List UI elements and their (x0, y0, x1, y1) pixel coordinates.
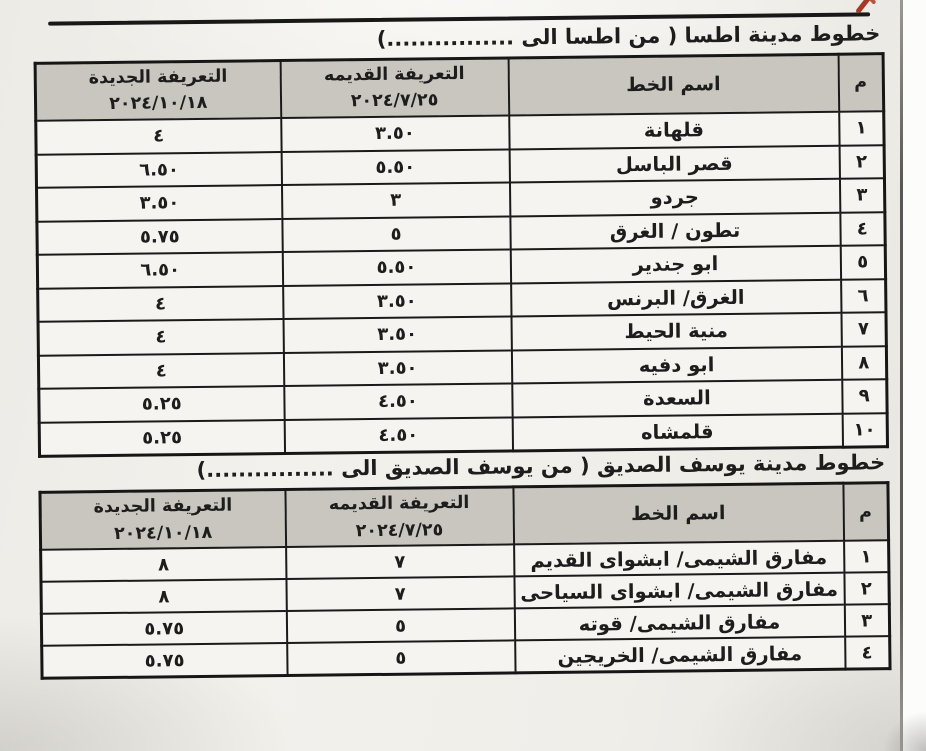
new-tariff-value: ٣.٥٠ (37, 185, 282, 221)
new-tariff-value: ٦.٥٠ (36, 152, 281, 188)
old-tariff-label: التعريفة القديمه (286, 490, 512, 519)
old-tariff-value: ٤.٥٠ (284, 417, 512, 453)
new-tariff-value: ٤ (38, 353, 283, 389)
col-header-num: م (838, 53, 884, 112)
corner-shadow (856, 686, 926, 751)
line-name: الغرق/ البرنس (511, 279, 841, 316)
scanned-document: خطوط مدينة اطسا ( من اطسا الى ..........… (0, 0, 926, 751)
col-header-old-tariff: التعريفة القديمه ٢٠٢٤/٧/٢٥ (280, 58, 509, 119)
row-number: ٨ (841, 346, 886, 380)
new-tariff-value: ٥.٢٥ (39, 386, 284, 422)
header-row: م اسم الخط التعريفة القديمه ٢٠٢٤/٧/٢٥ ال… (40, 483, 889, 551)
new-tariff-date: ٢٠٢٤/١٠/١٨ (37, 89, 280, 118)
new-tariff-value: ٥.٢٥ (39, 420, 284, 456)
row-number: ١٠ (842, 413, 887, 447)
old-tariff-date: ٢٠٢٤/٧/٢٥ (281, 87, 507, 116)
paper-background: خطوط مدينة اطسا ( من اطسا الى ..........… (0, 0, 904, 751)
row-number: ٣ (839, 178, 884, 212)
col-header-num: م (843, 483, 889, 542)
old-tariff-value: ٤.٥٠ (284, 384, 512, 420)
new-tariff-value: ٤ (38, 319, 283, 355)
line-name: قصر الباسل (509, 145, 839, 182)
old-tariff-value: ٥ (287, 641, 515, 676)
yusuf-sadiq-lines-table: م اسم الخط التعريفة القديمه ٢٠٢٤/٧/٢٥ ال… (38, 481, 891, 680)
old-tariff-value: ٥ (282, 216, 510, 252)
old-tariff-value: ٣.٥٠ (283, 283, 511, 319)
red-pen-mark-icon (850, 0, 880, 21)
row-number: ٦ (841, 279, 886, 313)
new-tariff-value: ٤ (36, 118, 281, 154)
row-number: ١ (839, 111, 884, 145)
old-tariff-value: ٣.٥٠ (283, 317, 511, 353)
row-number: ٣ (844, 605, 889, 638)
line-name: قلهانة (509, 112, 839, 149)
line-name: مفارق الشيمى/ الخريجين (515, 637, 845, 673)
row-number: ٢ (844, 573, 889, 606)
line-name: تطون / الغرق (510, 212, 840, 249)
new-tariff-value: ٤ (38, 286, 283, 322)
old-tariff-value: ٧ (286, 545, 514, 580)
col-header-line-name: اسم الخط (508, 54, 839, 116)
old-tariff-label: التعريفة القديمه (281, 61, 507, 90)
new-tariff-value: ٨ (41, 579, 286, 614)
old-tariff-date: ٢٠٢٤/٧/٢٥ (286, 516, 512, 545)
old-tariff-value: ٥ (286, 609, 514, 644)
col-header-new-tariff: التعريفة الجديدة ٢٠٢٤/١٠/١٨ (40, 489, 286, 550)
row-number: ٢ (839, 145, 884, 179)
new-tariff-label: التعريفة الجديدة (37, 63, 280, 92)
old-tariff-value: ٧ (286, 577, 514, 612)
red-pen-stroke (855, 0, 872, 14)
row-number: ٤ (845, 637, 890, 670)
line-name: مفارق الشيمى/ قوته (514, 605, 844, 641)
row-number: ٩ (842, 379, 887, 413)
col-header-line-name: اسم الخط (513, 483, 844, 545)
row-number: ٥ (840, 245, 885, 279)
old-tariff-value: ٥.٥٠ (281, 149, 509, 185)
new-tariff-value: ٨ (41, 547, 286, 582)
line-name: ابو دفيه (511, 346, 841, 383)
header-row: م اسم الخط التعريفة القديمه ٢٠٢٤/٧/٢٥ ال… (35, 53, 884, 121)
col-header-new-tariff: التعريفة الجديدة ٢٠٢٤/١٠/١٨ (35, 60, 281, 121)
new-tariff-value: ٥.٧٥ (42, 643, 287, 678)
line-name: ابو جندير (510, 246, 840, 283)
scan-margin (903, 0, 926, 751)
new-tariff-value: ٥.٧٥ (41, 611, 286, 646)
document-content: خطوط مدينة اطسا ( من اطسا الى ..........… (36, 3, 892, 679)
line-name: مفارق الشيمى/ ابشواى القديم (514, 541, 844, 577)
row-number: ٧ (841, 312, 886, 346)
line-name: جردو (509, 179, 839, 216)
line-name: منية الحيط (511, 313, 841, 350)
row-number: ١ (844, 541, 889, 574)
line-name: قلمشاه (512, 413, 842, 450)
new-tariff-label: التعريفة الجديدة (41, 492, 284, 521)
line-name: مفارق الشيمى/ ابشواى السياحى (514, 573, 844, 609)
old-tariff-value: ٣ (281, 183, 509, 219)
col-header-old-tariff: التعريفة القديمه ٢٠٢٤/٧/٢٥ (285, 487, 514, 548)
itsa-lines-table: م اسم الخط التعريفة القديمه ٢٠٢٤/٧/٢٥ ال… (34, 52, 889, 458)
old-tariff-value: ٣.٥٠ (281, 116, 509, 152)
old-tariff-value: ٥.٥٠ (282, 250, 510, 286)
old-tariff-value: ٣.٥٠ (283, 350, 511, 386)
new-tariff-value: ٥.٧٥ (37, 219, 282, 255)
row-number: ٤ (840, 212, 885, 246)
new-tariff-date: ٢٠٢٤/١٠/١٨ (42, 519, 285, 548)
new-tariff-value: ٦.٥٠ (37, 252, 282, 288)
line-name: السعدة (512, 380, 842, 417)
